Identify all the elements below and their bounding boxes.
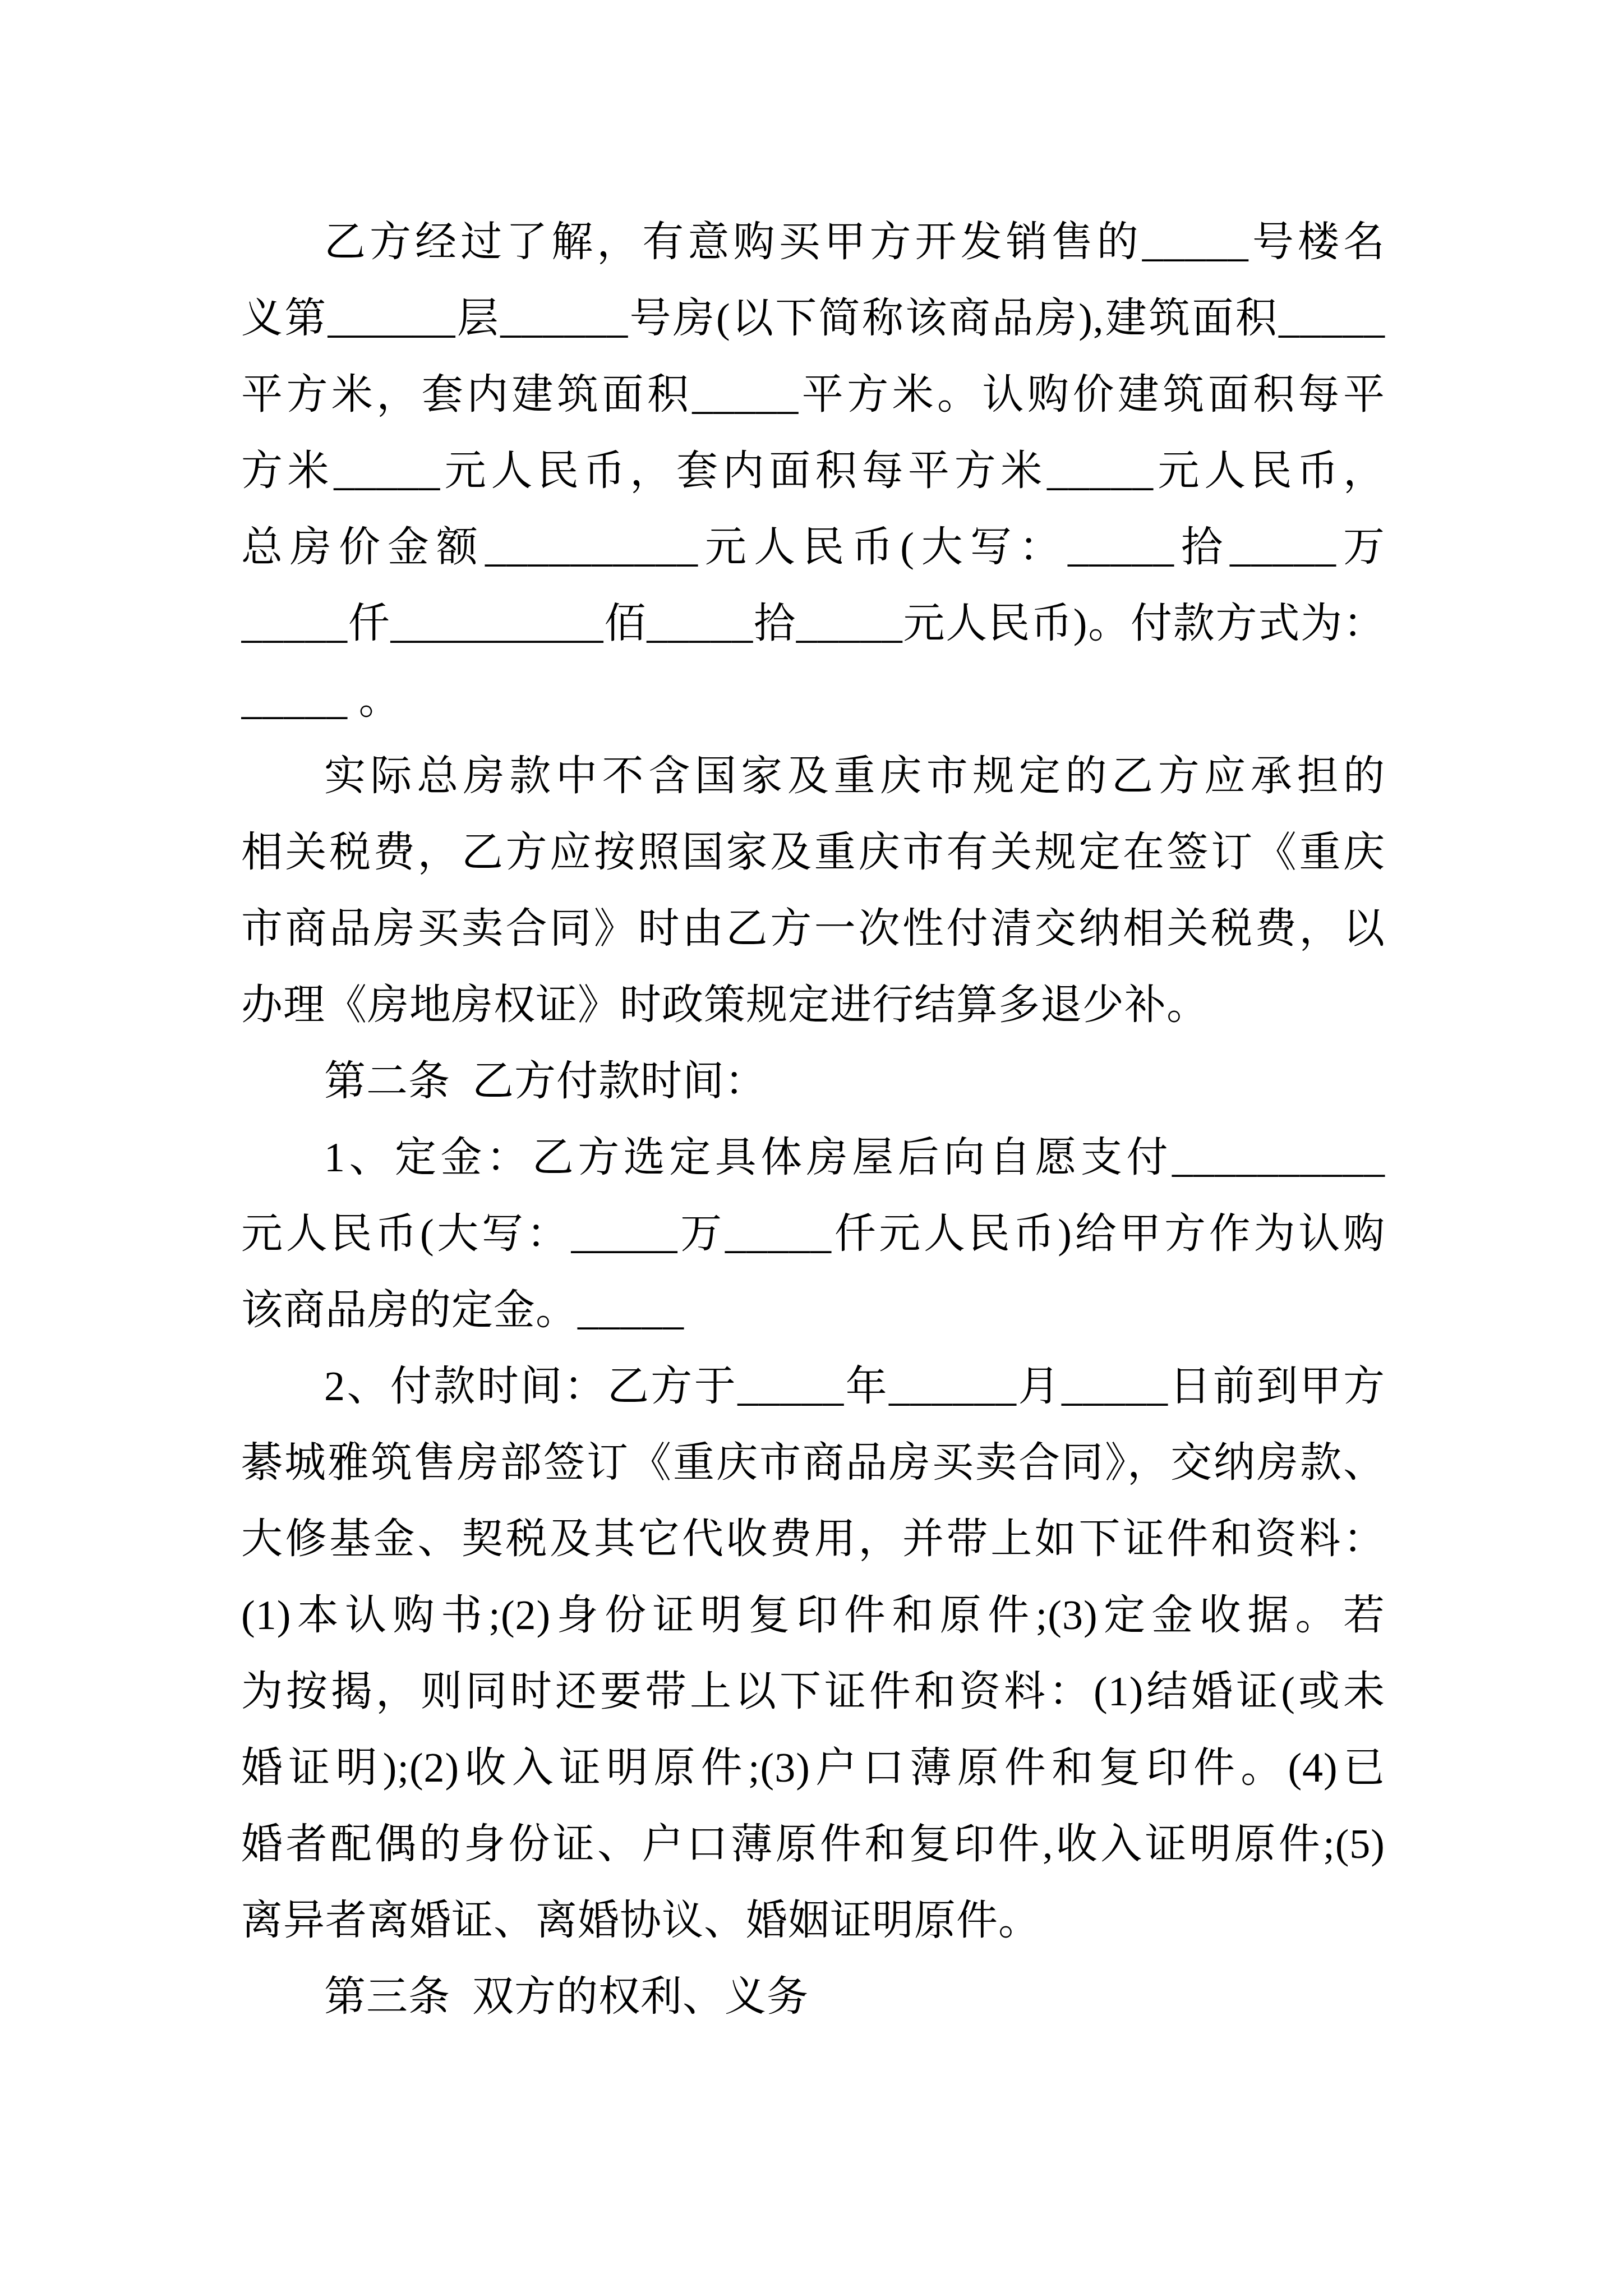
document-line: 总房价金额__________元人民币(大写：_____拾_____万 [241,509,1385,586]
document-line: 綦城雅筑售房部签订《重庆市商品房买卖合同》，交纳房款、 [241,1425,1385,1501]
document-line: 方米_____元人民币，套内面积每平方米_____元人民币， [241,433,1385,509]
document-line: 元人民币(大写：_____万_____仟元人民币)给甲方作为认购 [241,1196,1385,1272]
document-line: 办理《房地房权证》时政策规定进行结算多退少补。 [241,967,1385,1043]
document-line: 婚证明);(2)收入证明原件;(3)户口薄原件和复印件。(4)已 [241,1730,1385,1806]
document-line: 第二条 乙方付款时间： [241,1043,1385,1120]
document-line: 实际总房款中不含国家及重庆市规定的乙方应承担的 [241,738,1385,815]
document-line: 该商品房的定金。_____ [241,1272,1385,1349]
document-line: 乙方经过了解，有意购买甲方开发销售的_____号楼名 [241,204,1385,280]
document-line: 相关税费，乙方应按照国家及重庆市有关规定在签订《重庆 [241,815,1385,891]
document-line: 平方米，套内建筑面积_____平方米。认购价建筑面积每平 [241,357,1385,433]
document-line: 大修基金、契税及其它代收费用，并带上如下证件和资料： [241,1501,1385,1577]
document-line: 为按揭，则同时还要带上以下证件和资料：(1)结婚证(或未 [241,1654,1385,1730]
contract-body: 乙方经过了解，有意购买甲方开发销售的_____号楼名义第______层_____… [241,204,1385,2035]
document-line: 2、付款时间：乙方于_____年______月_____日前到甲方 [241,1349,1385,1425]
contract-page: 乙方经过了解，有意购买甲方开发销售的_____号楼名义第______层_____… [0,0,1623,2296]
document-line: 1、定金：乙方选定具体房屋后向自愿支付__________ [241,1120,1385,1196]
document-line: 第三条 双方的权利、义务 [241,1959,1385,2035]
document-line: 市商品房买卖合同》时由乙方一次性付清交纳相关税费，以 [241,891,1385,967]
document-line: 义第______层______号房(以下简称该商品房),建筑面积_____ [241,280,1385,357]
document-line: 离异者离婚证、离婚协议、婚姻证明原件。 [241,1883,1385,1959]
document-line: _____仟__________佰_____拾_____元人民币)。付款方式为： [241,586,1385,662]
document-line: 婚者配偶的身份证、户口薄原件和复印件,收入证明原件;(5) [241,1806,1385,1883]
document-line: (1)本认购书;(2)身份证明复印件和原件;(3)定金收据。若 [241,1577,1385,1654]
document-line: _____ 。 [241,662,1385,738]
